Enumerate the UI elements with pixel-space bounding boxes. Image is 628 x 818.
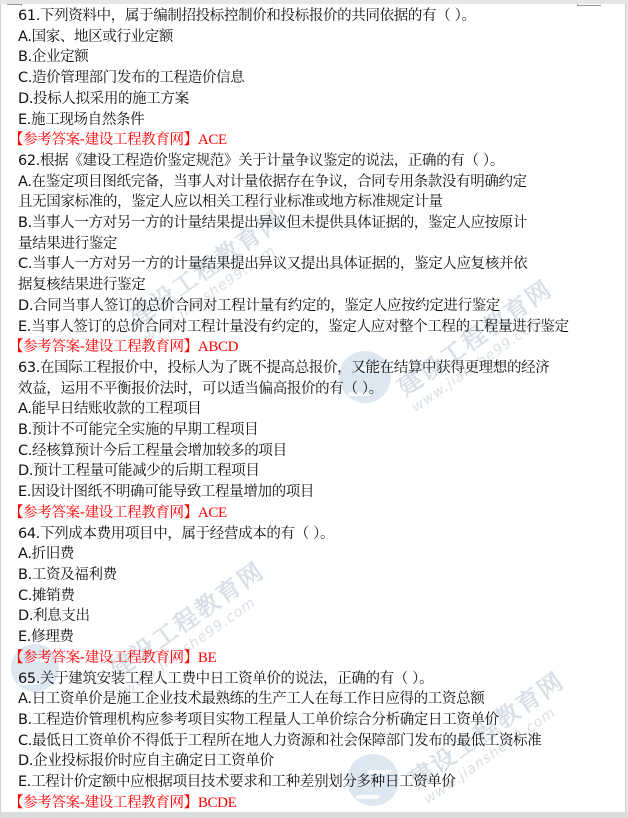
option-a: A.能早日结账收款的工程项目 — [18, 399, 608, 420]
answer-line: 【参考答案-建设工程教育网】BE — [9, 648, 608, 669]
option-a: A.在鉴定项目图纸完备，当事人对计量依据存在争议，合同专用条款没有明确约定且无国… — [18, 172, 538, 213]
answer-prefix: 【参考答案-建设工程教育网】 — [9, 339, 198, 355]
option-a: A.折旧费 — [18, 544, 608, 565]
question-stem: 65.关于建筑安装工程人工费中日工资单价的说法，正确的有（ ）。 — [18, 669, 608, 690]
question-61: 61.下列资料中，属于编制招投标控制价和投标报价的共同依据的有（ ）。 A.国家… — [18, 6, 608, 151]
option-e: E.修理费 — [18, 627, 608, 648]
answer-line: 【参考答案-建设工程教育网】BCDE — [9, 793, 608, 812]
option-e: E.因设计图纸不明确可能导致工程量增加的项目 — [18, 482, 608, 503]
question-list: 61.下列资料中，属于编制招投标控制价和投标报价的共同依据的有（ ）。 A.国家… — [18, 6, 608, 812]
answer-line: 【参考答案-建设工程教育网】ABCD — [9, 337, 608, 358]
answer-code: ACE — [198, 132, 227, 148]
answer-code: BE — [198, 650, 216, 666]
answer-line: 【参考答案-建设工程教育网】ACE — [9, 130, 608, 151]
answer-prefix: 【参考答案-建设工程教育网】 — [9, 650, 198, 666]
option-a: A.国家、地区或行业定额 — [18, 27, 608, 48]
answer-prefix: 【参考答案-建设工程教育网】 — [9, 505, 198, 521]
option-d: D.预计工程量可能减少的后期工程项目 — [18, 461, 608, 482]
option-c: C.当事人一方对另一方的计量结果提出异议又提出具体证据的，鉴定人应复核并依据复核… — [18, 254, 538, 295]
answer-code: ABCD — [198, 339, 238, 355]
question-63: 63.在国际工程报价中，投标人为了既不提高总报价，又能在结算中获得更理想的经济效… — [18, 358, 608, 524]
option-c: C.摊销费 — [18, 586, 608, 607]
question-stem: 64.下列成本费用项目中，属于经营成本的有（ ）。 — [18, 524, 608, 545]
option-e: E.工程计价定额中应根据项目技术要求和工种差别划分多种日工资单价 — [18, 772, 608, 793]
question-64: 64.下列成本费用项目中，属于经营成本的有（ ）。 A.折旧费 B.工资及福利费… — [18, 524, 608, 669]
answer-line: 【参考答案-建设工程教育网】ACE — [9, 503, 608, 524]
page-bottom-edge — [0, 812, 628, 818]
document-page: 建设工程教育网 www.jianshe99.com 建设工程教育网 www.ji… — [0, 4, 626, 812]
question-62: 62.根据《建设工程造价鉴定规范》关于计量争议鉴定的说法，正确的有（ ）。 A.… — [18, 151, 608, 358]
page-corner-mark — [7, 4, 21, 5]
answer-code: BCDE — [198, 795, 237, 811]
option-b: B.企业定额 — [18, 47, 608, 68]
answer-code: ACE — [198, 505, 227, 521]
option-e: E.当事人签订的总价合同对工程计量没有约定的，鉴定人应对整个工程的工程量进行鉴定 — [18, 317, 608, 338]
option-c: C.最低日工资单价不得低于工程所在地人力资源和社会保障部门发布的最低工资标准 — [18, 731, 608, 752]
option-d: D.企业投标报价时应自主确定日工资单价 — [18, 751, 608, 772]
question-stem: 61.下列资料中，属于编制招投标控制价和投标报价的共同依据的有（ ）。 — [18, 6, 608, 27]
option-b: B.工资及福利费 — [18, 565, 608, 586]
option-d: D.利息支出 — [18, 606, 608, 627]
option-b: B.预计不可能完全实施的早期工程项目 — [18, 420, 608, 441]
option-a: A.日工资单价是施工企业技术最熟练的生产工人在每工作日应得的工资总额 — [18, 689, 608, 710]
option-b: B.工程造价管理机构应参考项目实物工程量人工单价综合分析确定日工资单价 — [18, 710, 608, 731]
option-c: C.经核算预计今后工程量会增加较多的项目 — [18, 441, 608, 462]
question-stem: 62.根据《建设工程造价鉴定规范》关于计量争议鉴定的说法，正确的有（ ）。 — [18, 151, 608, 172]
answer-prefix: 【参考答案-建设工程教育网】 — [9, 132, 198, 148]
option-b: B.当事人一方对另一方的计量结果提出异议但未提供具体证据的，鉴定人应按原计量结果… — [18, 213, 538, 254]
option-d: D.投标人拟采用的施工方案 — [18, 89, 608, 110]
question-stem: 63.在国际工程报价中，投标人为了既不提高总报价，又能在结算中获得更理想的经济效… — [18, 358, 563, 399]
option-e: E.施工现场自然条件 — [18, 110, 608, 131]
option-c: C.造价管理部门发布的工程造价信息 — [18, 68, 608, 89]
option-d: D.合同当事人签订的总价合同对工程计量有约定的，鉴定人应按约定进行鉴定 — [18, 296, 608, 317]
question-65: 65.关于建筑安装工程人工费中日工资单价的说法，正确的有（ ）。 A.日工资单价… — [18, 669, 608, 813]
answer-prefix: 【参考答案-建设工程教育网】 — [9, 795, 198, 811]
